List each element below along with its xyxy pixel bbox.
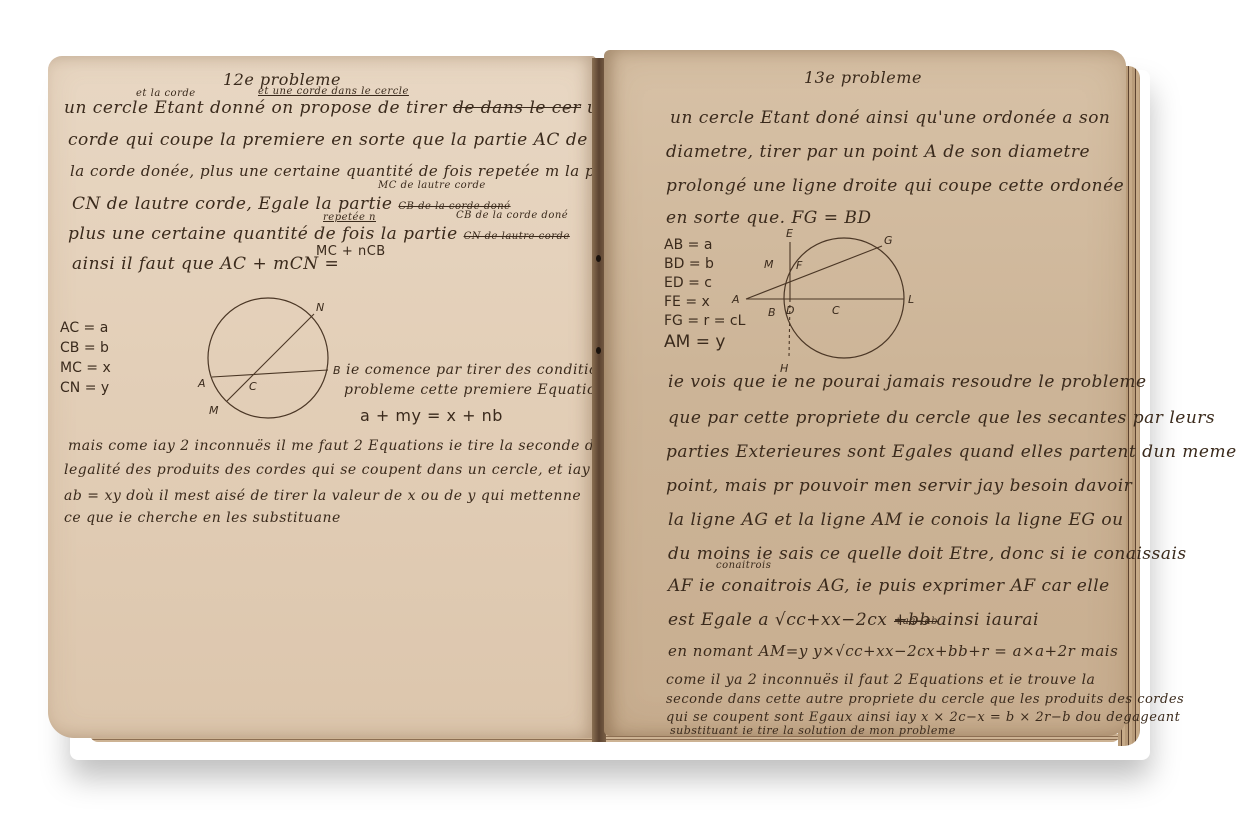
inserted-word: conaitrois <box>716 560 771 571</box>
variable: CB = b <box>60 338 111 358</box>
label-C: C <box>832 304 840 317</box>
struck-radical-term: +aa−ab <box>894 616 938 627</box>
equation-rhs: MC + nCB <box>316 244 386 259</box>
text: ainsi il faut que AC + mCN = <box>72 254 339 274</box>
closing-line-1: come il ya 2 inconnuës il faut 2 Equatio… <box>666 672 1095 688</box>
label-A: A <box>731 293 740 306</box>
body-line-2: que par cette propriete du cercle que le… <box>668 408 1215 428</box>
label-B: B <box>333 364 341 377</box>
label-N: N <box>316 301 324 314</box>
left-variables: AC = a CB = b MC = x CN = y <box>60 318 111 398</box>
closing-line-1: mais come iay 2 inconnuës il me faut 2 E… <box>68 438 603 454</box>
closing-line-4: ce que ie cherche en les substituane <box>64 510 341 526</box>
left-line-5: plus une certaine quantité de fois la pa… <box>68 224 570 244</box>
label-C: C <box>249 380 257 393</box>
variable: CN = y <box>60 378 111 398</box>
closing-line-3: ab = xy doù il mest aisé de tirer la val… <box>64 488 581 504</box>
right-line-3: prolongé une ligne droite qui coupe cett… <box>666 176 1124 196</box>
left-line-4: CN de lautre corde, Egale la partie CB d… <box>72 194 511 214</box>
body-line-5: la ligne AG et la ligne AM ie conois la … <box>668 510 1124 530</box>
binding-stitch <box>596 255 601 262</box>
text: un cercle Etant donné on propose de tire… <box>64 98 447 118</box>
variable: MC = x <box>60 358 111 378</box>
left-line-5-cb: CB de la corde doné <box>456 210 568 221</box>
left-line-6: ainsi il faut que AC + mCN = <box>72 254 339 274</box>
closing-line-2: seconde dans cette autre propriete du ce… <box>666 692 1184 707</box>
equation-1: a + my = x + nb <box>360 406 503 425</box>
closing-line-3: qui se coupent sont Egaux ainsi iay x × … <box>666 710 1180 725</box>
label-A: A <box>197 377 206 390</box>
right-page: 13e probleme un cercle Etant doné ainsi … <box>604 50 1126 736</box>
body-line-1: ie vois que ie ne pourai jamais resoudre… <box>668 372 1147 392</box>
body-line-7: AF ie conaitrois AG, ie puis exprimer AF… <box>668 576 1110 596</box>
label-B: B <box>768 306 776 319</box>
label-E: E <box>786 227 793 240</box>
insertion-une-corde: et une corde dans le cercle <box>258 86 409 97</box>
body-line-8: est Egale a √cc+xx−2cx +bb ainsi iaurai <box>668 610 1039 630</box>
left-line-2: corde qui coupe la premiere en sorte que… <box>68 130 588 150</box>
right-line-2: diametre, tirer par un point A de son di… <box>666 142 1090 162</box>
label-F: F <box>796 259 803 272</box>
right-line-1: un cercle Etant doné ainsi qu'une ordoné… <box>670 108 1110 128</box>
text: plus une certaine quantité de fois la pa… <box>68 224 458 244</box>
struck-text: de dans le cer <box>453 98 581 118</box>
body-line-9: en nomant AM=y y×√cc+xx−2cx+bb+r = a×a+2… <box>668 642 1118 660</box>
left-line-1: un cercle Etant donné on propose de tire… <box>64 98 675 118</box>
closing-line-4: substituant ie tire la solution de mon p… <box>670 724 956 737</box>
open-notebook: 12e probleme et la corde et une corde da… <box>0 0 1260 840</box>
left-page: 12e probleme et la corde et une corde da… <box>48 56 596 738</box>
variable: AC = a <box>60 318 111 338</box>
label-G: G <box>884 234 893 247</box>
label-L: L <box>908 293 914 306</box>
label-M: M <box>764 258 774 271</box>
binding-stitch <box>596 347 601 354</box>
label-M: M <box>209 404 219 417</box>
right-circle-figure: E G M F A B D C L H <box>734 222 954 382</box>
body-line-4: point, mais pr pouvoir men servir jay be… <box>666 476 1132 496</box>
closing-line-2: legalité des produits des cordes qui se … <box>64 462 590 478</box>
left-line-4-insert: MC de lautre corde <box>378 180 486 191</box>
struck-text: CN de lautre corde <box>464 231 570 242</box>
left-line-3: la corde donée, plus une certaine quanti… <box>70 162 633 180</box>
label-D: D <box>786 304 794 317</box>
text: CN de lautre corde, Egale la partie <box>72 194 393 214</box>
body-line-3: parties Exterieures sont Egales quand el… <box>666 442 1237 462</box>
side-note-2: probleme cette premiere Equation <box>344 382 605 398</box>
left-line-5-insert: repetée n <box>323 212 376 223</box>
right-page-title: 13e probleme <box>804 68 922 87</box>
